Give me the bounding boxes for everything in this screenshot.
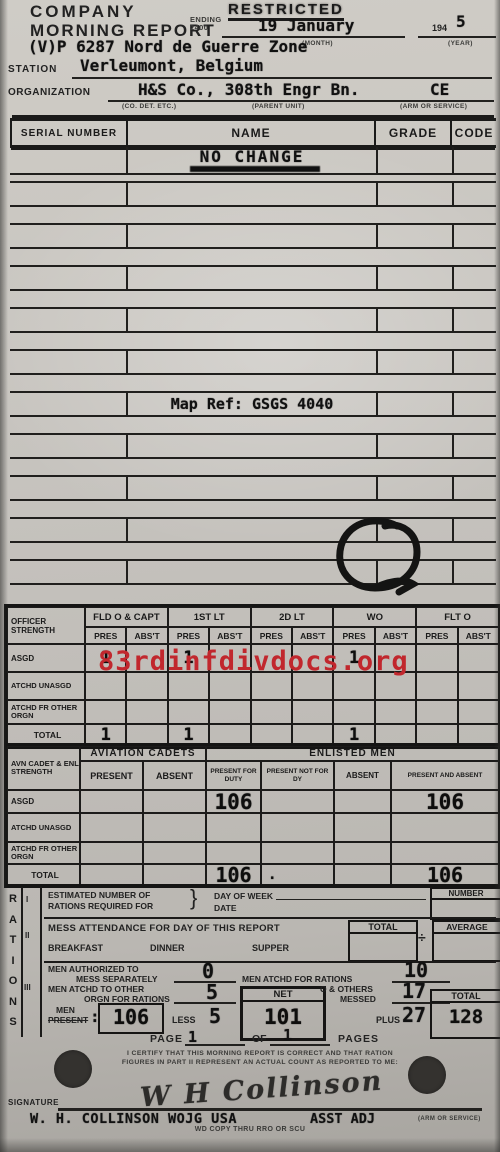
- station-underline: [72, 77, 492, 79]
- cell: 106: [391, 864, 499, 885]
- total-pages-value: 1: [283, 1026, 292, 1044]
- mess-total-box: TOTAL: [348, 920, 418, 962]
- arm-service-value: CE: [430, 80, 449, 99]
- cell: [334, 790, 391, 813]
- typed-signature-name: W. H. COLLINSON WOJG USA: [30, 1111, 237, 1127]
- certify-line2: FIGURES IN PART II REPRESENT AN ACTUAL C…: [110, 1059, 410, 1066]
- row-label-total: TOTAL: [7, 864, 80, 885]
- divider: [44, 917, 496, 919]
- cell: [209, 700, 250, 724]
- cell: [143, 813, 206, 842]
- men-authorized-line1: MEN AUTHORIZED TO: [48, 964, 139, 974]
- enlisted-corner-label: AVN CADET & ENL STRENGTH: [7, 746, 80, 790]
- col-name: NAME: [128, 121, 376, 145]
- roster-blank-row: [10, 307, 496, 333]
- scan-bottom-edge: [0, 1138, 500, 1152]
- cell: [416, 672, 457, 700]
- cell: [334, 813, 391, 842]
- cell: [416, 700, 457, 724]
- cell: [375, 700, 416, 724]
- year-label: (YEAR): [448, 40, 473, 47]
- cell: [168, 700, 209, 724]
- cell: .: [261, 864, 334, 885]
- cell: [261, 790, 334, 813]
- ending-time: 2400: [190, 24, 222, 32]
- cell: [261, 842, 334, 864]
- cell: 106: [391, 790, 499, 813]
- grand-total-box: TOTAL 128: [430, 989, 500, 1039]
- of-label: OF: [252, 1033, 267, 1045]
- cell: [143, 790, 206, 813]
- others-messed-value: 17: [402, 979, 426, 1003]
- letter: N: [6, 992, 20, 1013]
- divider: [21, 887, 23, 1037]
- section-ii-numeral: II: [25, 931, 29, 940]
- less-value: 5: [209, 1004, 221, 1028]
- arm-or-service-label: (ARM OR SERVICE): [400, 103, 467, 110]
- subcol-abst: ABS'T: [375, 627, 416, 644]
- cell: [458, 700, 499, 724]
- col-grade: GRADE: [376, 121, 452, 145]
- atchd-other-value: 5: [206, 980, 218, 1004]
- supper-label: SUPPER: [252, 943, 289, 953]
- section-i-numeral: I: [26, 895, 28, 904]
- subcol-pres: PRES: [85, 627, 126, 644]
- roster-blank-row: [10, 223, 496, 249]
- subcol-absent-enlisted: ABSENT: [334, 761, 391, 790]
- subcol-present-for-duty: PRESENT FOR DUTY: [206, 761, 261, 790]
- cell: [206, 813, 261, 842]
- row-label-asgd: ASGD: [7, 644, 85, 672]
- subcol-pres: PRES: [416, 627, 457, 644]
- signature-label: SIGNATURE: [8, 1098, 59, 1107]
- station-value: Verleumont, Belgium: [80, 56, 263, 75]
- cell: [391, 842, 499, 864]
- punch-hole-right: [408, 1056, 446, 1094]
- subcol-present-and-absent: PRESENT AND ABSENT: [391, 761, 499, 790]
- letter: A: [6, 910, 20, 931]
- organization-label: ORGANIZATION: [8, 87, 90, 98]
- line: [270, 1044, 330, 1046]
- rations-vertical-label: R A T I O N S: [6, 889, 20, 1033]
- plus-label: PLUS: [376, 1015, 400, 1025]
- arm-or-service-footer-label: (ARM OR SERVICE): [418, 1116, 481, 1122]
- cell: [333, 700, 374, 724]
- cell: [85, 700, 126, 724]
- subcol-absent: ABSENT: [143, 761, 206, 790]
- cell: [261, 813, 334, 842]
- year-prefix: 194: [432, 23, 447, 33]
- present-label: PRESENT: [48, 1015, 88, 1025]
- roster-blank-row: [10, 265, 496, 291]
- subcol-pres: PRES: [333, 627, 374, 644]
- number-label: NUMBER: [432, 889, 500, 900]
- letter: I: [6, 951, 20, 972]
- cell: [206, 842, 261, 864]
- cell: [126, 700, 167, 724]
- row-label-atchd-unasgd: ATCHD UNASGD: [7, 672, 85, 700]
- cell: [80, 864, 143, 885]
- estimated-rations-line1: ESTIMATED NUMBER OF: [48, 890, 150, 900]
- cell: [334, 842, 391, 864]
- roster-entry-row: NO CHANGE: [10, 147, 496, 175]
- roster-blank-row: [10, 475, 496, 501]
- subcol-pres: PRES: [168, 627, 209, 644]
- group-1st-lt: 1ST LT: [168, 607, 251, 627]
- men-present-value: 106: [100, 1005, 162, 1029]
- roster-blank-row: [10, 349, 496, 375]
- line: [174, 981, 236, 983]
- men-authorized-line2: MESS SEPARATELY: [76, 974, 158, 984]
- mess-attendance-title: MESS ATTENDANCE FOR DAY OF THIS REPORT: [48, 923, 280, 934]
- map-ref-entry: Map Ref: GSGS 4040: [130, 395, 374, 413]
- section-iii-numeral: III: [24, 983, 31, 992]
- others-line1: O & OTHERS: [320, 984, 373, 994]
- cell: [416, 644, 457, 672]
- officer-corner-label: OFFICER STRENGTH: [7, 607, 85, 644]
- average-label: AVERAGE: [434, 922, 500, 934]
- row-label-asgd: ASGD: [7, 790, 80, 813]
- others-line2: MESSED: [340, 994, 376, 1004]
- subcol-abst: ABS'T: [458, 627, 499, 644]
- certify-line1: I CERTIFY THAT THIS MORNING REPORT IS CO…: [110, 1050, 410, 1057]
- letter: R: [6, 889, 20, 910]
- col-serial-number: SERIAL NUMBER: [10, 121, 128, 145]
- cell: [391, 813, 499, 842]
- roster-blank-row: [10, 433, 496, 459]
- organization-underline: [108, 100, 494, 102]
- divide-symbol: ÷: [418, 929, 426, 945]
- cell: [458, 672, 499, 700]
- row-label-atchd-unasgd: ATCHD UNASGD: [7, 813, 80, 842]
- group-flt-o: FLT O: [416, 607, 499, 627]
- atchd-other-line1: MEN ATCHD TO OTHER: [48, 984, 144, 994]
- cell: [334, 864, 391, 885]
- divider: [44, 961, 496, 963]
- breakfast-label: BREAKFAST: [48, 943, 103, 953]
- col-code: CODE: [452, 121, 496, 145]
- average-box: AVERAGE: [432, 920, 500, 962]
- cell: [80, 842, 143, 864]
- group-aviation-cadets: AVIATION CADETS: [80, 746, 206, 761]
- report-date: 19 January: [258, 16, 354, 35]
- dinner-label: DINNER: [150, 943, 185, 953]
- subcol-present: PRESENT: [80, 761, 143, 790]
- men-present-box: 106: [98, 1003, 164, 1034]
- cell: [80, 790, 143, 813]
- letter: O: [6, 971, 20, 992]
- cell: [458, 644, 499, 672]
- typed-signature-title: ASST ADJ: [310, 1111, 375, 1127]
- day-of-week-line: [276, 899, 426, 900]
- cell: [251, 700, 292, 724]
- cell: 106: [206, 864, 261, 885]
- cell: 106: [206, 790, 261, 813]
- roster-header-row: SERIAL NUMBER NAME GRADE CODE: [10, 118, 496, 148]
- number-box: NUMBER: [430, 887, 500, 920]
- subcol-present-not-for-dy: PRESENT NOT FOR DY: [261, 761, 334, 790]
- subcol-abst: ABS'T: [209, 627, 250, 644]
- group-fld-o-capt: FLD O & CAPT: [85, 607, 168, 627]
- no-change-underline: [190, 166, 320, 172]
- year-underline: [418, 36, 496, 38]
- roster-map-ref-row: Map Ref: GSGS 4040: [10, 391, 496, 417]
- row-label-atchd-fr-other: ATCHD FR OTHER ORGN: [7, 700, 85, 724]
- subcol-abst: ABS'T: [292, 627, 333, 644]
- page-label: PAGE: [150, 1033, 183, 1045]
- no-change-entry: NO CHANGE: [130, 147, 374, 166]
- pages-label: PAGES: [338, 1033, 379, 1045]
- cell: [143, 864, 206, 885]
- row-label-atchd-fr-other: ATCHD FR OTHER ORGN: [7, 842, 80, 864]
- divider: [40, 887, 42, 1037]
- punch-hole-left: [54, 1050, 92, 1088]
- parent-unit-label: (PARENT UNIT): [252, 103, 305, 110]
- co-det-label: (CO. DET. ETC.): [122, 103, 176, 110]
- organization-value: H&S Co., 308th Engr Bn.: [138, 80, 360, 99]
- handwritten-signature: W H Collinson: [139, 1066, 384, 1114]
- line: [174, 1002, 236, 1004]
- cell: [292, 700, 333, 724]
- enlisted-strength-table: AVN CADET & ENL STRENGTH AVIATION CADETS…: [4, 743, 500, 888]
- brace: }: [190, 885, 197, 911]
- men-atchd-for-rations-label: MEN ATCHD FOR RATIONS: [242, 974, 352, 984]
- grand-total-label: TOTAL: [432, 991, 500, 1003]
- cell: [143, 842, 206, 864]
- cell: [80, 813, 143, 842]
- archive-watermark: 83rdinfdivdocs.org: [98, 646, 409, 677]
- morning-report-document: COMPANY RESTRICTED MORNING REPORT ENDING…: [0, 0, 500, 1152]
- line: [185, 1044, 245, 1046]
- men-label: MEN: [56, 1005, 75, 1015]
- roster-blank-row: [10, 181, 496, 207]
- group-wo: WO: [333, 607, 416, 627]
- form-title-company: COMPANY: [30, 2, 137, 22]
- map-zone-line: (V)P 6287 Nord de Guerre Zone: [28, 37, 307, 56]
- net-label: NET: [243, 989, 323, 1002]
- subcol-abst: ABS'T: [126, 627, 167, 644]
- less-label: LESS: [172, 1015, 196, 1025]
- wd-copy-note: WD COPY THRU RRO OR SCU: [150, 1126, 350, 1133]
- grand-total-value: 128: [432, 1003, 500, 1031]
- mess-total-label: TOTAL: [350, 922, 416, 934]
- estimated-rations-line2: RATIONS REQUIRED FOR: [48, 901, 153, 911]
- group-2d-lt: 2D LT: [251, 607, 334, 627]
- letter: T: [6, 930, 20, 951]
- day-of-week-label: DAY OF WEEK: [214, 891, 273, 901]
- plus-value: 27: [402, 1003, 426, 1027]
- station-label: STATION: [8, 64, 57, 75]
- pen-scribble-mark: [325, 512, 455, 604]
- letter: S: [6, 1012, 20, 1033]
- year-value: 5: [456, 12, 466, 31]
- subcol-pres: PRES: [251, 627, 292, 644]
- date-label: DATE: [214, 903, 237, 913]
- group-enlisted-men: ENLISTED MEN: [206, 746, 499, 761]
- rations-section: R A T I O N S I II III ESTIMATED NUMBER …: [4, 884, 496, 1037]
